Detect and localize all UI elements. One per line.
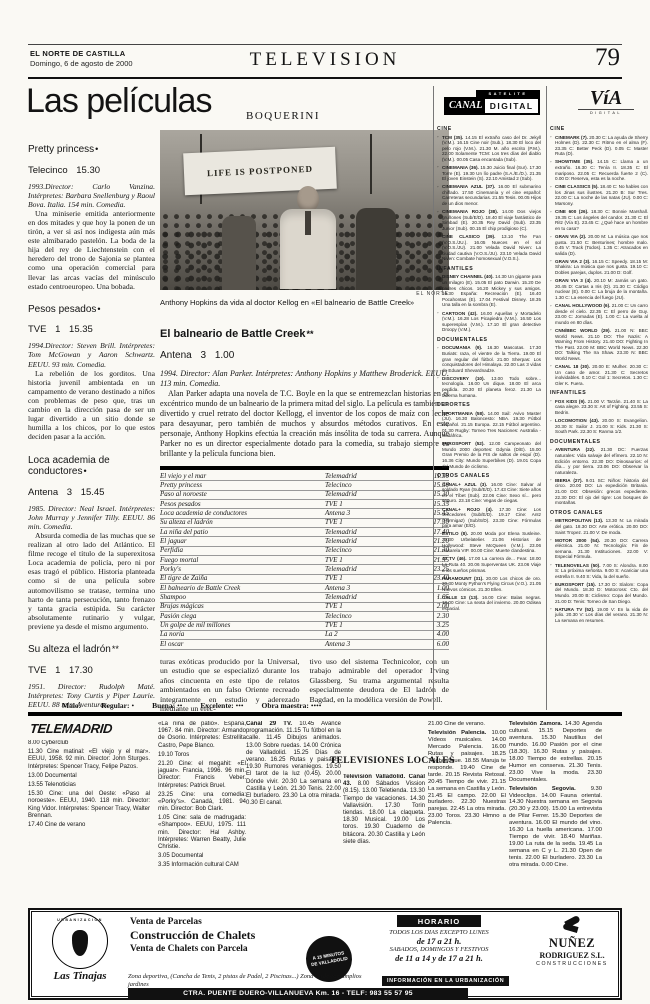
channel-entry: CARTOON (42). 16.00 Aquellas y Mortadelo… <box>437 311 541 333</box>
urbanizacion-text: URBANIZACION <box>53 918 107 922</box>
table-film-title: Loca academia de conductores <box>160 510 325 517</box>
entry-channel: GRAN VIA 2 (3). <box>555 259 590 264</box>
film-credits: 1993.Director: Carlo Vanzina. Intérprete… <box>28 182 155 209</box>
masthead-bottom-rule <box>28 77 622 79</box>
entry-channel: IBERIA (27). <box>555 478 583 483</box>
listing-entry: 8.00 Cyberclub <box>28 740 150 747</box>
table-row: Un golpe de mil millones TVE 1 3.25 <box>160 622 449 631</box>
station-programs: 14.30 Agenda cultural. 15.15 Deportes de… <box>509 721 602 783</box>
table-row: Su alteza el ladrón TVE 1 17.30 <box>160 519 449 528</box>
time: 15.45 <box>81 487 105 498</box>
channel-entry: GRAN VIA (2). 20.00 M: La música que nos… <box>550 234 648 256</box>
channel-entry: 40 TV (46). 17.00 La carrera de... Fear.… <box>437 556 541 573</box>
legend-item: Regular:• <box>101 701 134 710</box>
entry-channel: CINE 600 (26). <box>555 209 588 214</box>
entry-channel: ESTILO (8). <box>442 531 468 536</box>
film-credits: 1985. Director: Neal Israel. Intérpretes… <box>28 504 155 531</box>
channel: TVE 1 <box>28 324 60 335</box>
listing-entry: 19.10 Toros <box>158 752 246 759</box>
table-row: Paso al noroeste Telemadrid 15.30 <box>160 491 449 500</box>
channel-entry: CINEMANIA ROJO (38). 14.00 Dos viejos gr… <box>437 209 541 231</box>
film-title-text: Su alteza el ladrón <box>28 644 111 655</box>
section-heading: DEPORTES <box>437 402 541 408</box>
section-divider-rule <box>28 712 622 716</box>
photo-caption: Anthony Hopkins da vida al doctor Kellog… <box>160 298 449 307</box>
entry-channel: CANAL+ AZUL (3). <box>442 482 487 487</box>
channel-entry: MOTOR 2000 (54). 20.30 DO: Carrera eléct… <box>550 538 648 560</box>
urbanizacion-circle: URBANIZACION <box>52 913 108 969</box>
table-channel: Antena 3 <box>325 585 417 592</box>
film-review: Loca academia de conductores• Antena 3 1… <box>28 455 155 632</box>
legend-label: Obra maestra: <box>262 701 309 710</box>
channel-entry: LOCOMOTION (43). 20.00 S: Evangelion. 20… <box>550 418 648 435</box>
las-tinajas-logo: URBANIZACION Las Tinajas <box>36 913 124 982</box>
channel-entry: SPORTMANIA (58). 14.00 Sail: Avivo Maste… <box>437 411 541 439</box>
opening-hours: HORARIO TODOS LOS DIAS EXCEPTO LUNES de … <box>363 915 515 963</box>
film-title: Pesos pesados• <box>28 304 155 316</box>
channel-entry: CINEMANIA (36). 15.30 Juicio final (Sur)… <box>437 165 541 182</box>
film-review: Su alteza el ladrón** TVE 1 17.30 1951. … <box>28 644 155 709</box>
table-row: Porky's Telemadrid 23.25 <box>160 565 449 574</box>
address-bar: CTRA. PUENTE DUERO-VILLANUEVA Km. 16 - T… <box>128 988 468 1000</box>
entry-channel: SPORTMANIA (58). <box>442 411 485 416</box>
figure-tie <box>305 211 311 235</box>
table-channel: TVE 1 <box>325 575 417 582</box>
section-heading: DOCUMENTALES <box>550 439 648 445</box>
feature-title-text: El balneario de Battle Creek <box>160 328 306 340</box>
table-film-title: Perfidia <box>160 547 325 554</box>
entry-channel: CANAL+ ROJO (4). <box>442 507 493 512</box>
entry-channel: GRAN VIA 3 (4). <box>555 278 592 283</box>
channel-entry: IBERIA (27). 9.01 SC: Niños: historia de… <box>550 478 648 506</box>
channel-entry: NATURA TV (52). 19.00 V: En la vida de j… <box>550 607 648 624</box>
channel-entry: CINEMARK (7). 20.30 C: La ayuda de Sherr… <box>550 135 648 157</box>
listing-entry: 3.05 Documental <box>158 853 246 860</box>
channel-entry: CANAL 18 (30). 20.00 E: Mulher. 20.30 C:… <box>550 364 648 386</box>
table-film-title: La noria <box>160 631 325 638</box>
channel-entry: AVENTURA (22). 21.30 DC: Fuerzas natural… <box>550 447 648 475</box>
channel-entry: PARAMOUNT (31). 20.00 Los chicos de oro.… <box>437 576 541 593</box>
entry-channel: MOTOR 2000 (54). <box>555 538 600 543</box>
section-heading: DOCUMENTALES <box>437 337 541 343</box>
canal29-listings: Canal 29 TV. 10.45 Avance programación. … <box>246 721 341 905</box>
table-film-title: Pesos pesados <box>160 501 325 508</box>
flag-pole <box>370 134 372 194</box>
channel-entry: DOCUMANIA (9). 16.30 Mascotas. 17.30 Bur… <box>437 345 541 373</box>
table-row: Shampoo Telemadrid 1.05 <box>160 593 449 602</box>
legend-item: Obra maestra:•••• <box>262 701 322 710</box>
canal-wordmark: CANAL <box>446 99 485 113</box>
time: 17.30 <box>69 665 93 676</box>
legend-label: Malo: <box>62 701 81 710</box>
table-channel: TVE 1 <box>325 557 417 564</box>
table-channel: Telemadrid <box>325 538 417 545</box>
station-listing: Televisión Palencia. 10.00 Vídeos musica… <box>428 730 506 827</box>
table-film-title: Pretty princess <box>160 482 325 489</box>
channel-entry: DISNEY CHANNEL (40). 14.30 Un gigante pa… <box>437 274 541 308</box>
table-row: Pasión ciega Telecinco 2.30 <box>160 612 449 621</box>
background-figure <box>222 216 256 290</box>
legend-item: Malo: <box>62 701 83 710</box>
table-film-title: El jaguar <box>160 538 325 545</box>
horario-line-1: TODOS LOS DIAS EXCEPTO LUNES <box>363 929 515 936</box>
page-headline: Las películas <box>26 84 211 118</box>
builder-logo-block: NUÑEZ RODRIGUEZ S.L. CONSTRUCCIONES <box>524 916 620 967</box>
entry-channel: CANAL HOLLYWOOD (6). <box>555 303 610 308</box>
table-film-title: Pasión ciega <box>160 613 325 620</box>
via-digital-wordmark: DIGITAL <box>578 109 634 115</box>
listing-section: DEPORTES SPORTMANIA (58). 14.00 Sail: Av… <box>437 402 541 469</box>
builder-name-2: RODRIGUEZ S.L. <box>524 951 620 960</box>
entry-channel: DISCOVERY (10). <box>442 376 485 381</box>
film-title: Loca academia de conductores• <box>28 455 155 478</box>
column-separator <box>433 86 434 710</box>
table-row: La niña del patio Telemadrid 17.40 <box>160 528 449 537</box>
column-separator <box>546 86 547 710</box>
film-review: Pesos pesados• TVE 1 15.35 1994.Director… <box>28 304 155 442</box>
channel-entry: CINE CLASICO (39). 13.10 The Fan (V.O.S.… <box>437 234 541 262</box>
builder-bird-icon <box>561 916 583 934</box>
table-channel: Antena 3 <box>325 510 417 517</box>
table-channel: TVE 1 <box>325 622 417 629</box>
byline: BOQUERINI <box>246 110 320 122</box>
tv-zamora-segovia-listings: Televisión Zamora. 14.30 Agenda cultural… <box>509 721 602 905</box>
table-row: El jaguar Telemadrid 21.20 <box>160 537 449 546</box>
info-bar: INFORMACIÓN EN LA URBANIZACIÓN <box>382 976 509 986</box>
entry-channel: CINE CLASSICS (5). <box>555 184 599 189</box>
amphora-icon <box>72 930 88 956</box>
table-channel: La 2 <box>325 631 417 638</box>
legend-item: Excelente:••• <box>200 701 243 710</box>
feature-credits: 1994. Director: Alan Parker. Intérpretes… <box>160 369 449 389</box>
listing-section: DOCUMENTALES DOCUMANIA (9). 16.30 Mascot… <box>437 337 541 398</box>
station-listing: Televisión Zamora. 14.30 Agenda cultural… <box>509 721 602 784</box>
section-heading: INFANTILES <box>437 266 541 272</box>
channel-entry: TCM (35). 14.15 El extraño caso del Dr. … <box>437 135 541 163</box>
station-listing: Televisión Segovia. 9.30 Videoclips. 14.… <box>509 786 602 869</box>
entry-channel: GRAN VIA (2). <box>555 234 586 239</box>
ad-sales-lines: Venta de Parcelas Construcción de Chalet… <box>130 917 330 954</box>
table-row: Loca academia de conductores Antena 3 15… <box>160 509 449 518</box>
entry-channel: CARTOON (42). <box>442 311 478 316</box>
listing-section: INFANTILES FOX KIDS (9). 21.00 V: Tarzán… <box>550 390 648 435</box>
film-title: Su alteza el ladrón** <box>28 644 155 656</box>
table-channel: Telemadrid <box>325 473 417 480</box>
channel-time: TVE 1 15.35 <box>28 324 155 335</box>
table-row: El tigre de Zaiña TVE 1 23.40 <box>160 575 449 584</box>
legend-label: Excelente: <box>200 701 233 710</box>
sale-line-1: Venta de Parcelas <box>130 917 330 927</box>
tv-valladolid-listings: Televisión Valladolid. Canal 43. 8.00 Sá… <box>343 774 425 905</box>
section-heading: OTROS CANALES <box>437 473 541 479</box>
film-title-text: Pesos pesados <box>28 304 96 315</box>
film-title-text: Pretty princess <box>28 144 94 155</box>
masthead-top-rule <box>28 44 622 45</box>
film-reviews-column: Pretty princess• Telecinco 15.30 1993.Di… <box>28 131 155 709</box>
listing-entry: 17.40 Cine de verano <box>28 822 150 829</box>
section-entries: CANAL+ AZUL (3). 16.00 Cine: Salvar al s… <box>437 482 541 612</box>
table-channel: TVE 1 <box>325 501 417 508</box>
entry-channel: LOCOMOTION (43). <box>555 418 599 423</box>
section-heading: CINE <box>550 126 648 132</box>
entry-channel: TELENOVELAS (50). <box>555 563 601 568</box>
film-schedule-table: El viejo y el mar Telemadrid 11.30 Prett… <box>160 472 449 650</box>
listing-section: INFANTILES DISNEY CHANNEL (40). 14.30 Un… <box>437 266 541 333</box>
listing-section: CINE TCM (35). 14.15 El extraño caso del… <box>437 126 541 262</box>
table-channel: Telemadrid <box>325 529 417 536</box>
time: 15.35 <box>69 324 93 335</box>
legend-stars: •••• <box>311 701 322 710</box>
station-listing: Televisión Valladolid. Canal 43. 8.00 Sá… <box>343 774 425 846</box>
via-digital-logo: VíA DIGITAL <box>578 88 634 115</box>
channel-entry: CINEMANIA AZUL (37). 16.00 El submarino … <box>437 184 541 206</box>
las-tinajas-name: Las Tinajas <box>36 970 124 982</box>
table-row: Fuego mortal TVE 1 21.35 <box>160 556 449 565</box>
telemadrid-listings-continued: «La niña de patio». España, 1967. 84 min… <box>158 721 246 905</box>
ad-feature-1: Zona deportiva, (Cancha de Tenis, 2 pist… <box>128 973 299 980</box>
table-row: Brujas mágicas TVE 1 2.00 <box>160 603 449 612</box>
feature-title: El balneario de Battle Creek** <box>160 328 449 340</box>
listing-section: DOCUMENTALES AVENTURA (22). 21.30 DC: Fu… <box>550 439 648 506</box>
sale-line-3: Venta de Chalets con Parcela <box>130 944 330 954</box>
listing-entry: 3.35 Información cultural CAM <box>158 862 246 869</box>
film-title-text: Loca academia de conductores <box>28 455 110 478</box>
horario-line-2: de 17 a 21 h. <box>363 936 515 946</box>
hopkins-figure <box>280 186 336 290</box>
entry-programs: 21.00 N: BBC World News. 21.10 DO: The N… <box>555 328 648 361</box>
listing-entry: 21.20 Cine: el megahit: «El jaguar». Fra… <box>158 761 246 790</box>
channel-entry: GRAN VIA 2 (3). 16.15 C: Speedy. 18.15 M… <box>550 259 648 276</box>
section-title: TELEVISION <box>0 49 650 71</box>
section-heading: OTROS CANALES <box>550 510 648 516</box>
section-entries: DISNEY CHANNEL (40). 14.30 Un gigante pa… <box>437 274 541 332</box>
table-channel: Telemadrid <box>325 491 417 498</box>
entry-channel: DISNEY CHANNEL (40). <box>442 274 494 279</box>
listing-entry: 15.30 Cine: una del Oeste: «Paso al noro… <box>28 791 150 820</box>
table-row: Pesos pesados TVE 1 15.35 <box>160 500 449 509</box>
entry-channel: NATURA TV (52). <box>555 607 594 612</box>
table-channel: TVE 1 <box>325 603 417 610</box>
channel: Telecinco <box>28 165 68 176</box>
section-heading: INFANTILES <box>550 390 648 396</box>
channel-time: Telecinco 15.30 <box>28 165 155 176</box>
film-credits: 1994.Director: Steven Brill. Intérpretes… <box>28 341 155 368</box>
channel-entry: CANAL HOLLYWOOD (6). 21.00 C: Un carro d… <box>550 303 648 325</box>
listing-section: CINE CINEMARK (7). 20.30 C: La ayuda de … <box>550 126 648 386</box>
entry-channel: SHOWTIME (35). <box>555 159 593 164</box>
station-programs: 10.45 Avance programación. 11.15 Tu fútb… <box>246 721 341 806</box>
table-film-title: Paso al noroeste <box>160 491 325 498</box>
legend-stars: • <box>132 701 135 710</box>
entry-channel: PARAMOUNT (31). <box>442 576 483 581</box>
entry-channel: TCM (35). <box>442 135 463 140</box>
table-channel: Telecinco <box>325 482 417 489</box>
table-row: La noria La 2 4.00 <box>160 631 449 640</box>
section-entries: TCM (35). 14.15 El extraño caso del Dr. … <box>437 135 541 262</box>
station-name: Canal 29 TV. <box>246 721 292 727</box>
entry-channel: CNN/BBC WORLD (29). <box>555 328 611 333</box>
table-channel: Telecinco <box>325 547 417 554</box>
listing-section: OTROS CANALES CANAL+ AZUL (3). 16.00 Cin… <box>437 473 541 611</box>
table-row: El oscar Antena 3 6.00 <box>160 640 449 649</box>
film-body: Una miniserie emitida anteriormente en d… <box>28 209 155 291</box>
table-top-bar <box>160 466 449 470</box>
table-film-title: Brujas mágicas <box>160 603 325 610</box>
horario-title: HORARIO <box>397 915 481 927</box>
film-title: Pretty princess• <box>28 144 155 156</box>
station-programs: 9.30 Videoclips. 14.00 Fauna oriental. 1… <box>509 786 602 868</box>
table-channel: Telemadrid <box>325 594 417 601</box>
table-film-title: El tigre de Zaiña <box>160 575 325 582</box>
feature-body: Alan Parker adapta una novela de T.C. Bo… <box>160 389 449 459</box>
channel-entry: EUROSPORT (15). 17.30 D: Slalom: Copa de… <box>550 582 648 604</box>
channel-entry: CNN/BBC WORLD (29). 21.00 N: BBC World N… <box>550 328 648 362</box>
entry-channel: CINEMARK (7). <box>555 135 588 140</box>
table-channel: Antena 3 <box>325 641 417 648</box>
section-entries: SPORTMANIA (58). 14.00 Sail: Avivo Maste… <box>437 411 541 469</box>
section-entries: AVENTURA (22). 21.30 DC: Fuerzas natural… <box>550 447 648 505</box>
rating-mark: • <box>97 304 100 314</box>
horario-line-4: de 11 a 14 y de 17 a 21 h. <box>363 953 515 963</box>
photo-kellogg: LIFE IS POSTPONED <box>160 130 449 290</box>
film-body: Absurda comedia de las muchas que se rea… <box>28 531 155 631</box>
feature-channel-time: Antena 3 1.00 <box>160 350 449 361</box>
channel-entry: GRAN VIA 3 (4). 20.10 M: Jamás un gato. … <box>550 278 648 300</box>
entry-channel: CINE CLASICO (39). <box>442 234 495 239</box>
table-film-title: Porky's <box>160 566 325 573</box>
entry-channel: CINEMANIA ROJO (38). <box>442 209 498 214</box>
builder-name-3: CONSTRUCCIONES <box>524 961 620 967</box>
rating-mark: • <box>83 466 86 476</box>
tv-palencia-listings: 21.00 Cine de verano.Televisión Palencia… <box>428 721 506 905</box>
entry-channel: EUROSPORT (15). <box>555 582 596 587</box>
time: 1.00 <box>215 350 234 361</box>
table-row: Perfidia Telecinco 21.30 <box>160 547 449 556</box>
satelite-wordmark: SATELITE <box>476 90 540 97</box>
table-film-title: Fuego mortal <box>160 557 325 564</box>
channel-entry: ESTILO (8). 20.00 Moda por Elena Suslein… <box>437 531 541 553</box>
table-channel: Telecinco <box>325 613 417 620</box>
ratings-legend: Malo:Regular:•Buena:••Excelente:•••Obra … <box>62 701 458 710</box>
legend-label: Buena: <box>152 701 175 710</box>
sale-line-2: Construcción de Chalets <box>130 928 330 943</box>
canal-satelite-digital-logo: SATELITE CANAL DIGITAL <box>444 90 540 115</box>
table-channel: TVE 1 <box>325 519 417 526</box>
table-channel: Telemadrid <box>325 566 417 573</box>
section-entries: DOCUMANIA (9). 16.30 Mascotas. 17.30 Bur… <box>437 345 541 398</box>
legend-stars: •• <box>177 701 182 710</box>
section-entries: FOX KIDS (9). 21.00 V: Tarzán. 21.40 S: … <box>550 399 648 435</box>
station-listing: 21.00 Cine de verano. <box>428 721 506 728</box>
horario-line-3: SABADOS, DOMINGOS Y FESTIVOS <box>363 946 515 953</box>
page-number: 79 <box>595 44 620 72</box>
newspaper-page: EL NORTE DE CASTILLA Domingo, 6 de agost… <box>0 0 650 1004</box>
channel-entry: CINE CLASSICS (5). 18.40 C: No hables co… <box>550 184 648 206</box>
entry-channel: CINEMANIA (36). <box>442 165 479 170</box>
telemadrid-listings: 8.00 Cyberclub11.30 Cine matinal: «El vi… <box>28 740 150 905</box>
channel-entry: FOX KIDS (9). 21.00 V: Tarzán. 21.40 S: … <box>550 399 648 416</box>
listing-entry: 11.30 Cine matinal: «El viejo y el mar».… <box>28 749 150 771</box>
table-film-title: El balneario de Battle Creek <box>160 585 325 592</box>
station-programs: 21.00 Cine de verano. <box>428 721 485 727</box>
entry-channel: AVENTURA (22). <box>555 447 595 452</box>
channel-entry: TELENOVELAS (50). 7.00 S: Alondra. 8.00 … <box>550 563 648 580</box>
table-film-title: La niña del patio <box>160 529 325 536</box>
channel: Antena 3 <box>160 350 206 361</box>
channel: Antena 3 <box>28 487 72 498</box>
time: 15.30 <box>76 165 100 176</box>
channel: TVE 1 <box>28 665 60 676</box>
telemadrid-logo: TELEMADRID <box>29 721 113 736</box>
entry-channel: DOCUMANIA (9). <box>442 345 482 350</box>
channel-entry: SHOWTIME (35). 14.15 C: Llama a un extra… <box>550 159 648 181</box>
listing-section: OTROS CANALES METROPOLITAN (13). 13.30 N… <box>550 510 648 624</box>
listing-entry: 13.55 Telenoticias <box>28 782 150 789</box>
channel-time: TVE 1 17.30 <box>28 665 155 676</box>
entry-programs: 14.30 Un gigante para un milagro (E). 15… <box>442 274 541 307</box>
station-name: Televisión Zamora. <box>509 721 562 727</box>
listing-entry: 13.00 Documental <box>28 773 150 780</box>
station-programs: 8.00 Sábados Vission (8.15). 13.00 Telet… <box>343 781 425 845</box>
table-film-title: Un golpe de mil millones <box>160 622 325 629</box>
channel-entry: CINE 600 (26). 18.30 C: Bonnie Marshall.… <box>550 209 648 231</box>
background-figure <box>356 208 396 290</box>
channel-entry: METROPOLITAN (13). 13.30 N: La mirada de… <box>550 518 648 535</box>
entry-channel: CALLE 13 (13). <box>442 595 479 600</box>
channel-entry: EUROSPORT (52). 12.00 Campeonato del Mun… <box>437 441 541 469</box>
listing-entry: «La niña de patio». España, 1967. 84 min… <box>158 721 246 750</box>
via-wordmark: VíA <box>578 88 634 108</box>
station-programs: 10.00 Vídeos musicales. 14.00 Mercado Pa… <box>428 730 506 826</box>
digital-wordmark: DIGITAL <box>485 99 538 113</box>
entry-channel: METROPOLITAN (13). <box>555 518 603 523</box>
channel-entry: CALLE 13 (13). 16.00 Cine: Balas negras.… <box>437 595 541 612</box>
entry-channel: FOX KIDS (9). <box>555 399 586 404</box>
table-row: Pretty princess Telecinco 15.30 <box>160 481 449 490</box>
entry-channel: CINEMANIA AZUL (37). <box>442 184 495 189</box>
table-film-title: El viejo y el mar <box>160 473 325 480</box>
entry-channel: CANAL 18 (30). <box>555 364 590 369</box>
channel-entry: CANAL+ ROJO (4). 17.30 Cine: Los vencedo… <box>437 507 541 529</box>
photo-credit: EL NORTE <box>160 291 449 297</box>
station-listing: Canal 29 TV. 10.45 Avance programación. … <box>246 721 341 807</box>
film-review: Pretty princess• Telecinco 15.30 1993.Di… <box>28 144 155 291</box>
rating-mark: ** <box>307 329 314 339</box>
table-film-title: Shampoo <box>160 594 325 601</box>
table-film-title: El oscar <box>160 641 325 648</box>
canal-satelite-digital-listings: CINE TCM (35). 14.15 El extraño caso del… <box>437 122 541 710</box>
figure-white-suit <box>280 209 336 289</box>
entry-channel: 40 TV (46). <box>442 556 467 561</box>
rating-mark: • <box>95 144 98 154</box>
entry-channel: EUROSPORT (52). <box>442 441 485 446</box>
channel-entry: CANAL+ AZUL (3). 16.00 Cine: Salvar al s… <box>437 482 541 504</box>
table-row: El balneario de Battle Creek Antena 3 1.… <box>160 584 449 593</box>
listing-entry: 23.25 Cine: una comedia: «Porky's». Cana… <box>158 792 246 814</box>
film-body: La rebelión de los gorditos. Una histori… <box>28 369 155 442</box>
section-entries: METROPOLITAN (13). 13.30 N: La mirada de… <box>550 518 648 623</box>
via-digital-listings: CINE CINEMARK (7). 20.30 C: La ayuda de … <box>550 122 648 710</box>
section-heading: CINE <box>437 126 541 132</box>
advertisement: URBANIZACION Las Tinajas Venta de Parcel… <box>28 908 622 1000</box>
table-row: El viejo y el mar Telemadrid 11.30 <box>160 472 449 481</box>
section-entries: CINEMARK (7). 20.30 C: La ayuda de Sherr… <box>550 135 648 387</box>
rating-mark: ** <box>112 644 119 654</box>
station-name: Televisión Palencia. <box>428 730 486 736</box>
legend-stars: ••• <box>236 701 244 710</box>
legend-label: Regular: <box>101 701 129 710</box>
legend-item: Buena:•• <box>152 701 182 710</box>
